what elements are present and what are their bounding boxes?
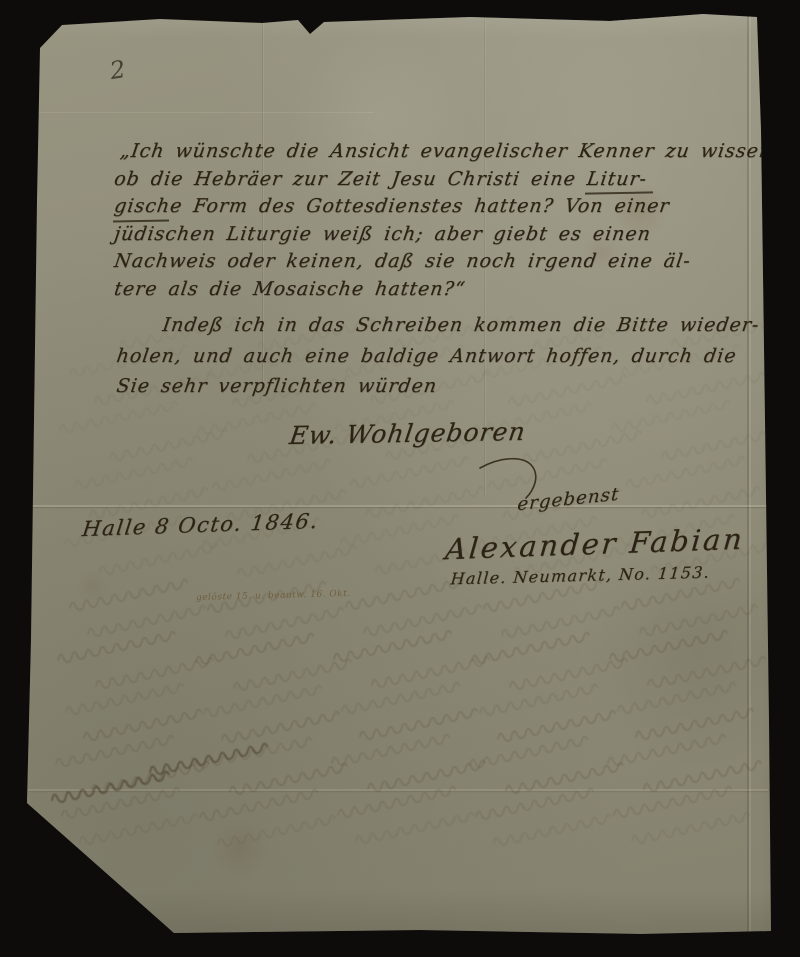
handwritten-line: gische Form des Gottesdienstes hatten? V… (112, 195, 781, 223)
closing-paragraph: Indeß ich in das Schreiben kommen die Bi… (114, 314, 757, 406)
handwritten-line: ob die Hebräer zur Zeit Jesu Christi ein… (112, 168, 781, 196)
handwritten-line: Nachweis oder keinen, daß sie noch irgen… (112, 250, 781, 278)
handwritten-line: tere als die Mosaische hatten?“ (112, 278, 781, 306)
letter-sheet: 2 „Ich wünschte die Ansicht evangelische… (0, 0, 800, 957)
quoted-question-paragraph: „Ich wünschte die Ansicht evangelischer … (112, 140, 777, 305)
handwritten-line: „Ich wünschte die Ansicht evangelischer … (118, 140, 781, 168)
handwritten-line: Indeß ich in das Schreiben kommen die Bi… (160, 314, 761, 345)
handwritten-line: jüdischen Liturgie weiß ich; aber giebt … (112, 223, 781, 251)
handwritten-line: holen, und auch eine baldige Antwort hof… (114, 345, 761, 376)
scan-backdrop: 2 „Ich wünschte die Ansicht evangelische… (0, 0, 800, 957)
handwritten-line: Sie sehr verpflichten würden (114, 375, 761, 406)
